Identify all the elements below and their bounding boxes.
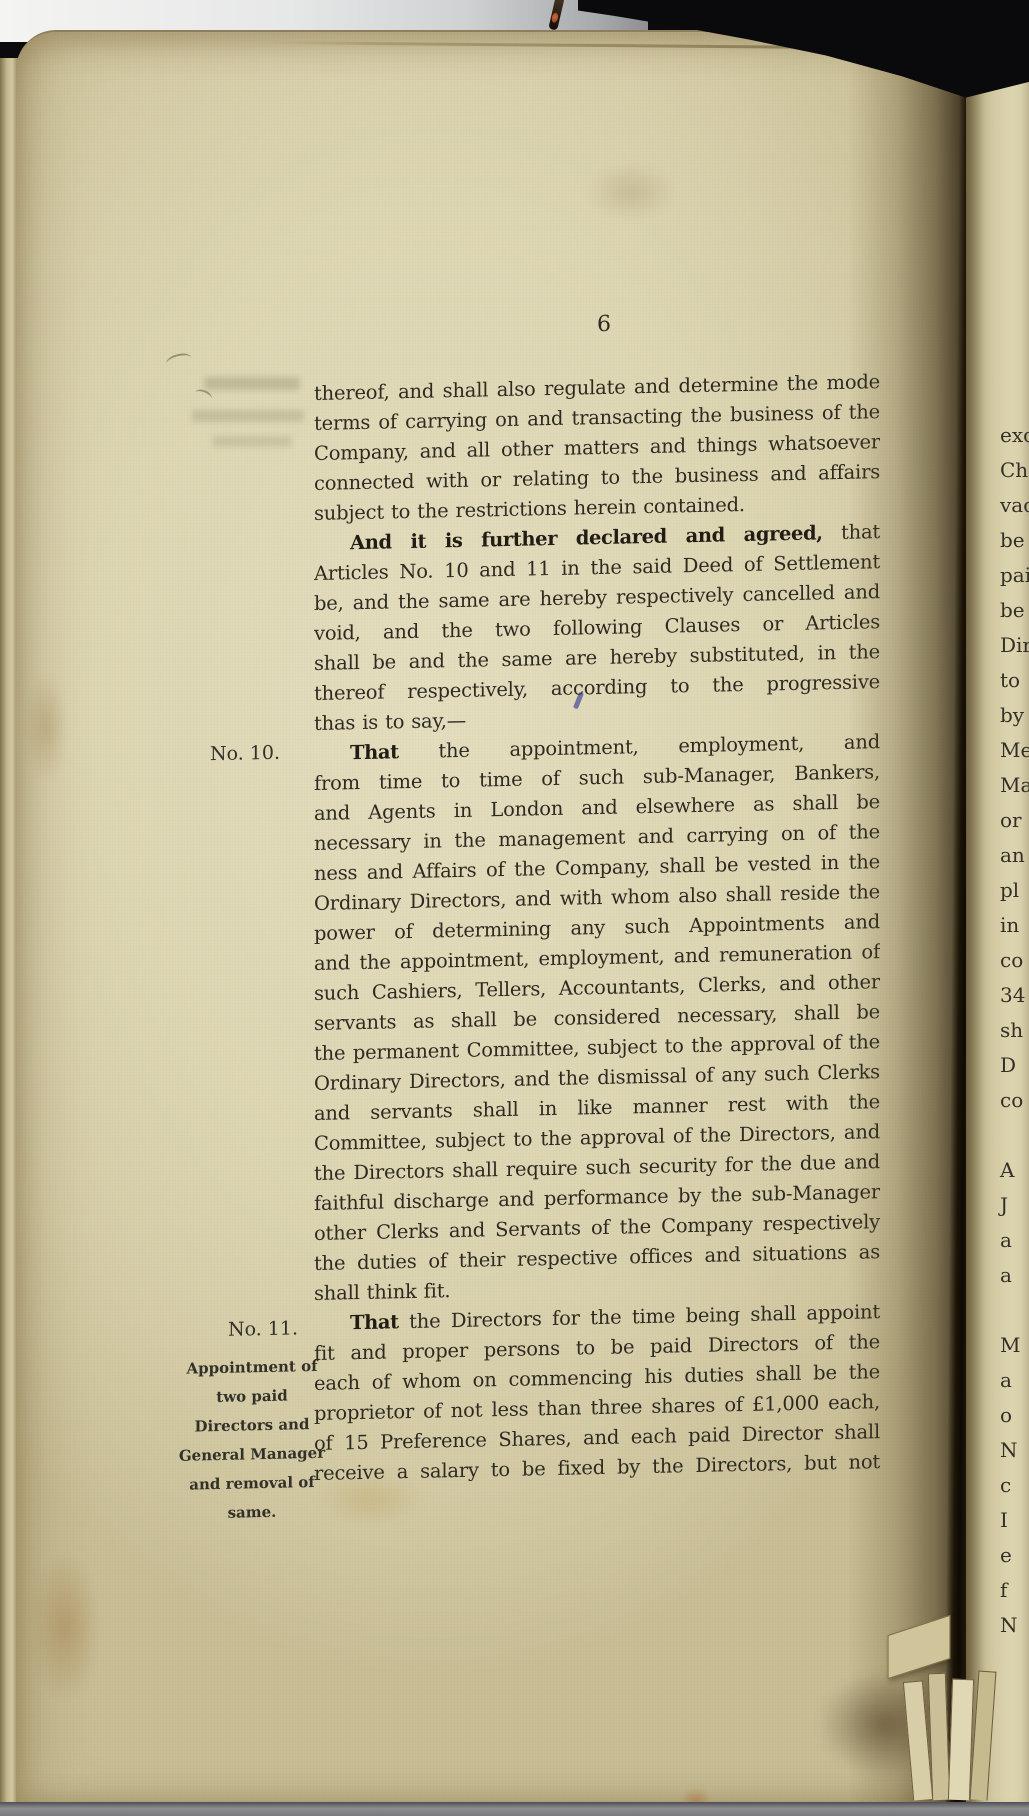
ink-bleedthrough	[204, 377, 300, 390]
page-fragment: pai	[1000, 558, 1029, 593]
page-fragment: a	[1000, 1223, 1029, 1258]
blackletter-lead: That	[350, 740, 399, 764]
page-fragment: or	[1000, 803, 1029, 838]
margin-note-line: Appointment of	[168, 1352, 336, 1385]
book-page-right-sliver: excChvacbepaibeDirtobyMeMaoranplinco34sh…	[966, 54, 1029, 1816]
page-fragment: in	[1000, 908, 1029, 943]
page-edge-leaf	[928, 1673, 950, 1801]
right-page-text-fragments: excChvacbepaibeDirtobyMeMaoranplinco34sh…	[1000, 418, 1029, 1643]
margin-note-line: Directors and	[168, 1410, 336, 1443]
page-fragment: co	[1000, 943, 1029, 978]
page-fragment: A	[1000, 1153, 1029, 1188]
body-text: thereof, and shall also regulate and det…	[314, 367, 880, 1489]
ink-bleedthrough	[192, 410, 304, 422]
page-fragment: a	[1000, 1258, 1029, 1293]
page-fragment: Ma	[1000, 768, 1029, 803]
folded-page-corners	[820, 1630, 1029, 1806]
page-fragment: Dir	[1000, 628, 1029, 663]
page-fragment: exc	[1000, 418, 1029, 453]
stain	[24, 672, 68, 782]
page-fragment	[1000, 1293, 1029, 1328]
page-fragment: sh	[1000, 1013, 1029, 1048]
line-text: shall think fit.	[314, 1279, 450, 1305]
page-fragment: vac	[1000, 488, 1029, 523]
page-fragment: by	[1000, 698, 1029, 733]
page-fragment: be	[1000, 593, 1029, 628]
page-fragment: Ch	[1000, 453, 1029, 488]
margin-note-line: General Manager	[168, 1439, 336, 1472]
margin-note-appointment: Appointment oftwo paidDirectors andGener…	[168, 1352, 336, 1530]
page-fragment: J	[1000, 1188, 1029, 1223]
blackletter-lead: That	[350, 1310, 399, 1334]
page-fragment: to	[1000, 663, 1029, 698]
margin-note-line: two paid	[168, 1381, 336, 1414]
pencil-squiggle	[165, 351, 194, 371]
page-fragment: N	[1000, 1433, 1029, 1468]
page-fragment: 34	[1000, 978, 1029, 1013]
page-fragment	[1000, 1118, 1029, 1153]
page-fragment: o	[1000, 1398, 1029, 1433]
page-fragment: be	[1000, 523, 1029, 558]
ink-bleedthrough	[212, 436, 292, 447]
margin-note-no11: No. 11.	[228, 1317, 298, 1340]
page-fragment: Me	[1000, 733, 1029, 768]
printed-content: 6 No. 10. No. 11. Appointment oftwo paid…	[314, 22, 880, 1734]
page-fragment: e	[1000, 1538, 1029, 1573]
page-fragment: an	[1000, 838, 1029, 873]
book-page-left: 6 No. 10. No. 11. Appointment oftwo paid…	[16, 30, 966, 1808]
margin-note-line: same.	[168, 1497, 336, 1530]
stain	[30, 1552, 100, 1702]
page-fragment: c	[1000, 1468, 1029, 1503]
line-text: subject to the restrictions herein conta…	[314, 493, 745, 525]
page-fragment: pl	[1000, 873, 1029, 908]
page-fragment: co	[1000, 1083, 1029, 1118]
book-photo-scene: 6 No. 10. No. 11. Appointment oftwo paid…	[0, 0, 1029, 1816]
page-fragment: M	[1000, 1328, 1029, 1363]
margin-note-no10: No. 10.	[210, 742, 280, 765]
page-fragment: f	[1000, 1573, 1029, 1608]
table-edge	[0, 1802, 1029, 1816]
page-number: 6	[582, 311, 626, 337]
margin-note-line: and removal of	[168, 1468, 336, 1501]
page-fragment: I	[1000, 1503, 1029, 1538]
page-fragment: D	[1000, 1048, 1029, 1083]
page-fragment: a	[1000, 1363, 1029, 1398]
line-text: thas is to say,—	[314, 709, 466, 735]
